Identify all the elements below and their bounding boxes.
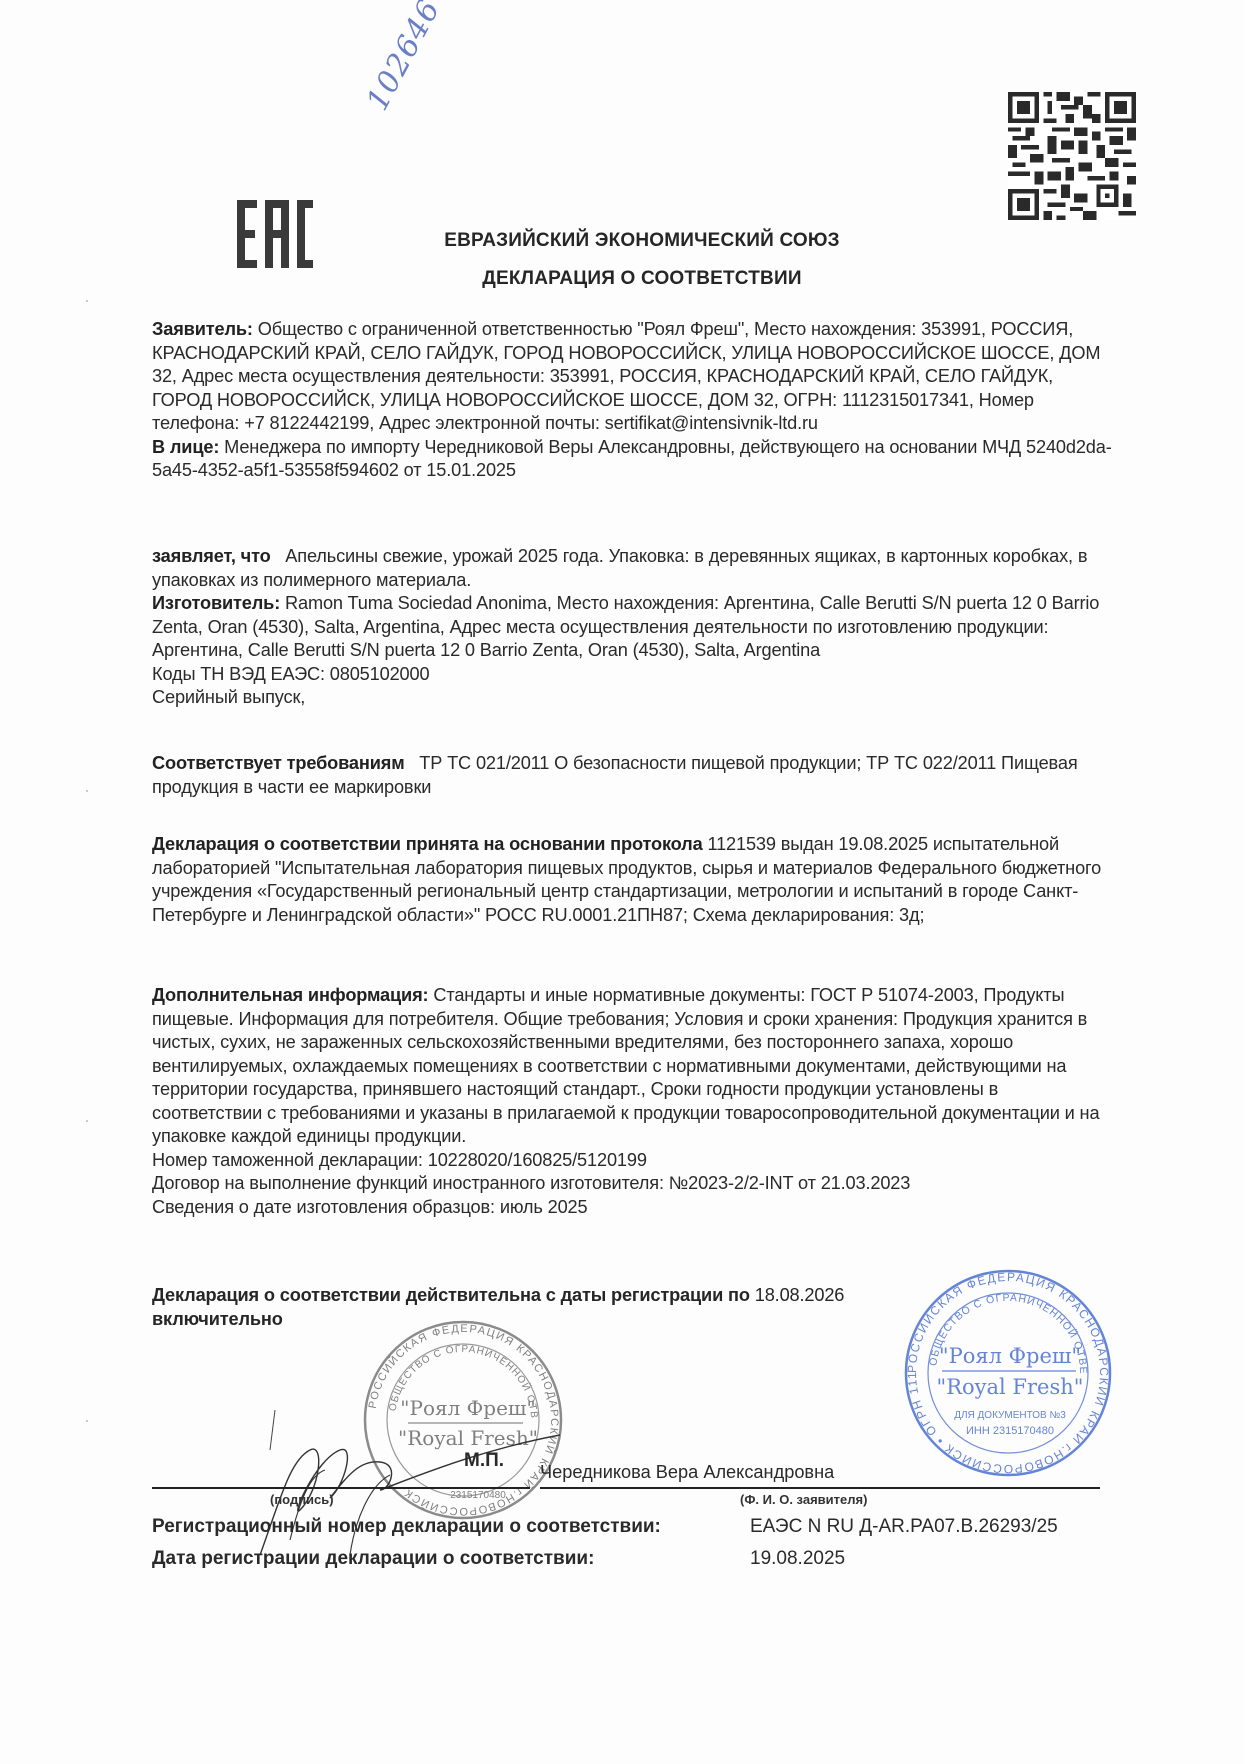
product-section: заявляет, что Апельсины свежие, урожай 2… xyxy=(152,545,1112,710)
represented-by-text: Менеджера по импорту Чередниковой Веры А… xyxy=(152,437,1112,481)
represented-by-label: В лице: xyxy=(152,437,219,457)
additional-text: Стандарты и иные нормативные документы: … xyxy=(152,985,1099,1146)
union-title: ЕВРАЗИЙСКИЙ ЭКОНОМИЧЕСКИЙ СОЮЗ xyxy=(0,230,1244,252)
validity-label: Декларация о соответствии действительна … xyxy=(152,1285,750,1305)
scan-dot xyxy=(86,300,88,302)
registration-date-label: Дата регистрации декларации о соответств… xyxy=(152,1548,750,1570)
registration-date-value: 19.08.2025 xyxy=(750,1548,845,1570)
conformity-section: Соответствует требованиям ТР ТС 021/2011… xyxy=(152,752,1112,799)
basis-section: Декларация о соответствии принята на осн… xyxy=(152,833,1112,927)
signature-caption: (подпись) xyxy=(270,1492,334,1507)
hs-codes: Коды ТН ВЭД ЕАЭС: 0805102000 xyxy=(152,663,1112,687)
svg-text:"Роял Фреш": "Роял Фреш" xyxy=(939,1344,1081,1368)
manufacturer-label: Изготовитель: xyxy=(152,593,280,613)
conforms-label: Соответствует требованиям xyxy=(152,753,405,773)
scan-dot xyxy=(86,790,88,792)
svg-text:"Royal Fresh": "Royal Fresh" xyxy=(937,1375,1084,1399)
customs-declaration: Номер таможенной декларации: 10228020/16… xyxy=(152,1149,1112,1173)
applicant-section: Заявитель: Общество с ограниченной ответ… xyxy=(152,318,1112,483)
declaration-page: 102646 xyxy=(0,0,1244,1764)
scan-dot xyxy=(86,1420,88,1422)
svg-text:ИНН 2315170480: ИНН 2315170480 xyxy=(966,1425,1054,1437)
declares-text: Апельсины свежие, урожай 2025 года. Упак… xyxy=(152,546,1087,590)
applicant-text: Общество с ограниченной ответственностью… xyxy=(152,319,1100,433)
registration-number-value: ЕАЭС N RU Д-AR.PA07.B.26293/25 xyxy=(750,1516,1058,1538)
name-line xyxy=(540,1487,1100,1489)
document-title: ДЕКЛАРАЦИЯ О СООТВЕТСТВИИ xyxy=(0,268,1244,290)
additional-label: Дополнительная информация: xyxy=(152,985,428,1005)
company-stamp-blue-icon: РОССИЙСКАЯ ФЕДЕРАЦИЯ КРАСНОДАРСКИЙ КРАЙ … xyxy=(890,1268,1126,1478)
manufacturer-text: Ramon Tuma Sociedad Anonima, Место нахож… xyxy=(152,593,1099,660)
registration-number-label: Регистрационный номер декларации о соотв… xyxy=(152,1516,750,1538)
basis-label: Декларация о соответствии принята на осн… xyxy=(152,834,703,854)
qr-code-icon[interactable] xyxy=(1008,92,1136,220)
handwritten-note: 102646 xyxy=(360,0,447,116)
samples-date: Сведения о дате изготовления образцов: и… xyxy=(152,1196,1112,1220)
registration-number-row: Регистрационный номер декларации о соотв… xyxy=(152,1516,1058,1538)
additional-info-section: Дополнительная информация: Стандарты и и… xyxy=(152,984,1112,1219)
validity-date: 18.08.2026 xyxy=(755,1285,845,1305)
signature-line xyxy=(152,1487,530,1489)
svg-text:ДЛЯ ДОКУМЕНТОВ №3: ДЛЯ ДОКУМЕНТОВ №3 xyxy=(954,1410,1066,1421)
name-caption: (Ф. И. О. заявителя) xyxy=(740,1492,867,1507)
scan-dot xyxy=(86,1120,88,1122)
declares-label: заявляет, что xyxy=(152,546,271,566)
registration-date-row: Дата регистрации декларации о соответств… xyxy=(152,1548,845,1570)
applicant-label: Заявитель: xyxy=(152,319,253,339)
serial-release: Серийный выпуск, xyxy=(152,686,1112,710)
stamp-place-label: М.П. xyxy=(464,1450,504,1472)
manufacturer-contract: Договор на выполнение функций иностранно… xyxy=(152,1172,1112,1196)
applicant-full-name: Чередникова Вера Александровна xyxy=(540,1462,834,1483)
